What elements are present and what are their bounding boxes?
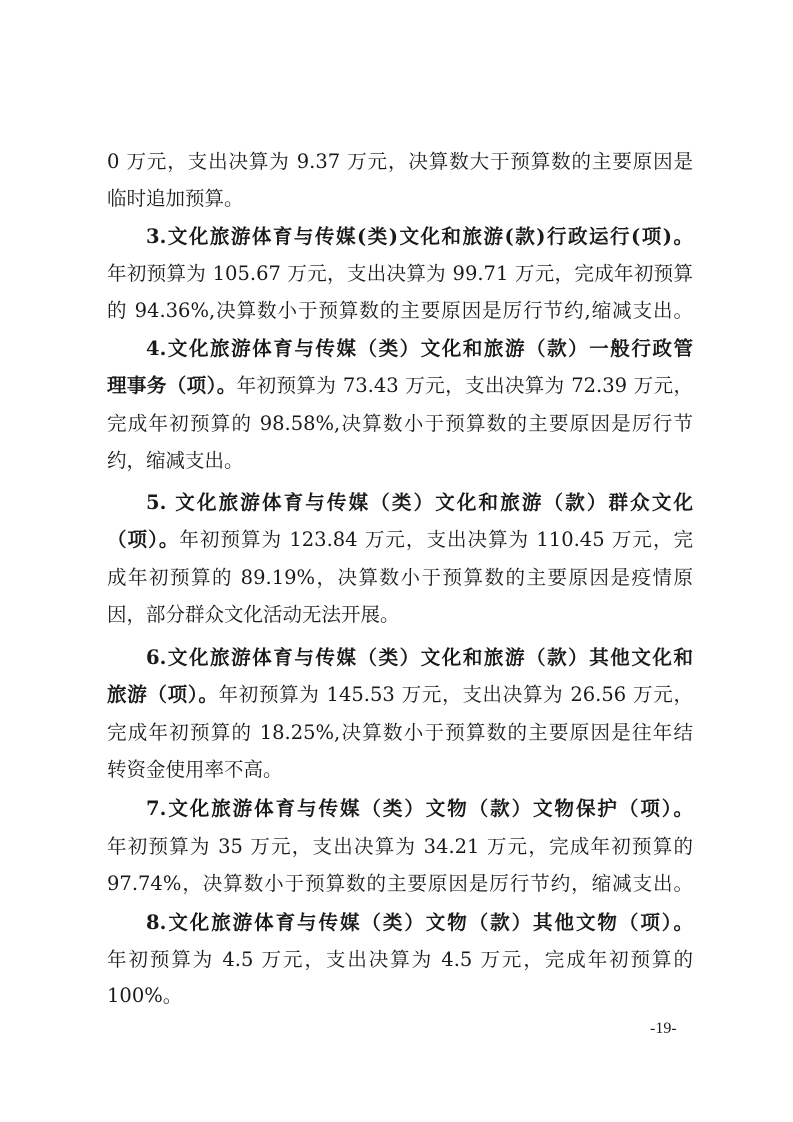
text-line: 年初预算为 4.5 万元，支出决算为 4.5 万元，完成年初预算的: [107, 947, 693, 973]
line-text: 完成年初预算的 18.25%,决算数小于预算数的主要原因是往年结: [107, 721, 693, 744]
text-line: 理事务（项）。年初预算为 73.43 万元，支出决算为 72.39 万元，: [107, 373, 693, 399]
text-line: 年初预算为 35 万元，支出决算为 34.21 万元，完成年初预算的: [107, 834, 693, 860]
text-line: 旅游（项）。年初预算为 145.53 万元，支出决算为 26.56 万元，: [107, 682, 693, 708]
line-text: 年初预算为 4.5 万元，支出决算为 4.5 万元，完成年初预算的: [107, 948, 693, 971]
item-7-heading: 7.文化旅游体育与传媒（类）文物（款）文物保护（项）。: [146, 796, 693, 822]
page-number: -19-: [650, 1018, 677, 1040]
item-heading: 6.文化旅游体育与传媒（类）文化和旅游（款）其他文化和: [146, 646, 693, 669]
line-text: 年初预算为 35 万元，支出决算为 34.21 万元，完成年初预算的: [107, 835, 693, 858]
line-text: 转资金使用率不高。: [107, 758, 283, 781]
line-text: 因，部分群众文化活动无法开展。: [107, 603, 400, 626]
line-text: 年初预算为 145.53 万元，支出决算为 26.56 万元，: [219, 683, 693, 706]
item-heading: 5. 文化旅游体育与传媒（类）文化和旅游（款）群众文化: [146, 491, 693, 514]
line-text: 100%。: [107, 984, 182, 1007]
text-line: 年初预算为 105.67 万元，支出决算为 99.71 万元，完成年初预算: [107, 261, 693, 287]
item-heading: 8.文化旅游体育与传媒（类）文物（款）其他文物（项）。: [146, 911, 693, 934]
item-6-heading: 6.文化旅游体育与传媒（类）文化和旅游（款）其他文化和: [146, 645, 693, 671]
line-text: 成年初预算的 89.19%，决算数小于预算数的主要原因是疫情原: [107, 566, 693, 589]
line-text: 年初预算为 73.43 万元，支出决算为 72.39 万元，: [237, 374, 693, 397]
line-text: 0 万元，支出决算为 9.37 万元，决算数大于预算数的主要原因是: [107, 150, 693, 173]
line-text: 约，缩减支出。: [107, 449, 244, 472]
item-heading: 旅游（项）。: [107, 683, 219, 706]
item-heading: （项）。: [107, 528, 179, 551]
text-line: 0 万元，支出决算为 9.37 万元，决算数大于预算数的主要原因是: [107, 149, 693, 175]
text-line: 因，部分群众文化活动无法开展。: [107, 602, 693, 628]
line-text: 完成年初预算的 98.58%,决算数小于预算数的主要原因是厉行节: [107, 412, 693, 435]
item-5-heading: 5. 文化旅游体育与传媒（类）文化和旅游（款）群众文化: [146, 490, 693, 516]
line-text: 年初预算为 105.67 万元，支出决算为 99.71 万元，完成年初预算: [107, 262, 693, 285]
text-line: 97.74%，决算数小于预算数的主要原因是厉行节约，缩减支出。: [107, 871, 693, 897]
item-heading: 3.文化旅游体育与传媒(类)文化和旅游(款)行政运行(项)。: [146, 225, 693, 248]
line-text: 临时追加预算。: [107, 187, 244, 210]
text-line: 100%。: [107, 983, 693, 1009]
item-4-heading: 4.文化旅游体育与传媒（类）文化和旅游（款）一般行政管: [146, 336, 693, 362]
line-text: 的 94.36%,决算数小于预算数的主要原因是厉行节约,缩减支出。: [107, 299, 693, 322]
text-line: 的 94.36%,决算数小于预算数的主要原因是厉行节约,缩减支出。: [107, 298, 693, 324]
item-heading: 4.文化旅游体育与传媒（类）文化和旅游（款）一般行政管: [146, 337, 693, 360]
text-line: 成年初预算的 89.19%，决算数小于预算数的主要原因是疫情原: [107, 565, 693, 591]
item-heading: 7.文化旅游体育与传媒（类）文物（款）文物保护（项）。: [146, 797, 693, 820]
item-3-heading: 3.文化旅游体育与传媒(类)文化和旅游(款)行政运行(项)。: [146, 224, 693, 250]
text-line: 完成年初预算的 18.25%,决算数小于预算数的主要原因是往年结: [107, 720, 693, 746]
text-line: 转资金使用率不高。: [107, 757, 693, 783]
text-line: （项）。年初预算为 123.84 万元，支出决算为 110.45 万元，完: [107, 527, 693, 553]
text-line: 临时追加预算。: [107, 186, 693, 212]
text-line: 完成年初预算的 98.58%,决算数小于预算数的主要原因是厉行节: [107, 411, 693, 437]
item-heading: 理事务（项）。: [107, 374, 237, 397]
item-8-heading: 8.文化旅游体育与传媒（类）文物（款）其他文物（项）。: [146, 910, 693, 936]
text-line: 约，缩减支出。: [107, 448, 693, 474]
line-text: 年初预算为 123.84 万元，支出决算为 110.45 万元，完: [179, 528, 693, 551]
line-text: 97.74%，决算数小于预算数的主要原因是厉行节约，缩减支出。: [107, 872, 693, 895]
